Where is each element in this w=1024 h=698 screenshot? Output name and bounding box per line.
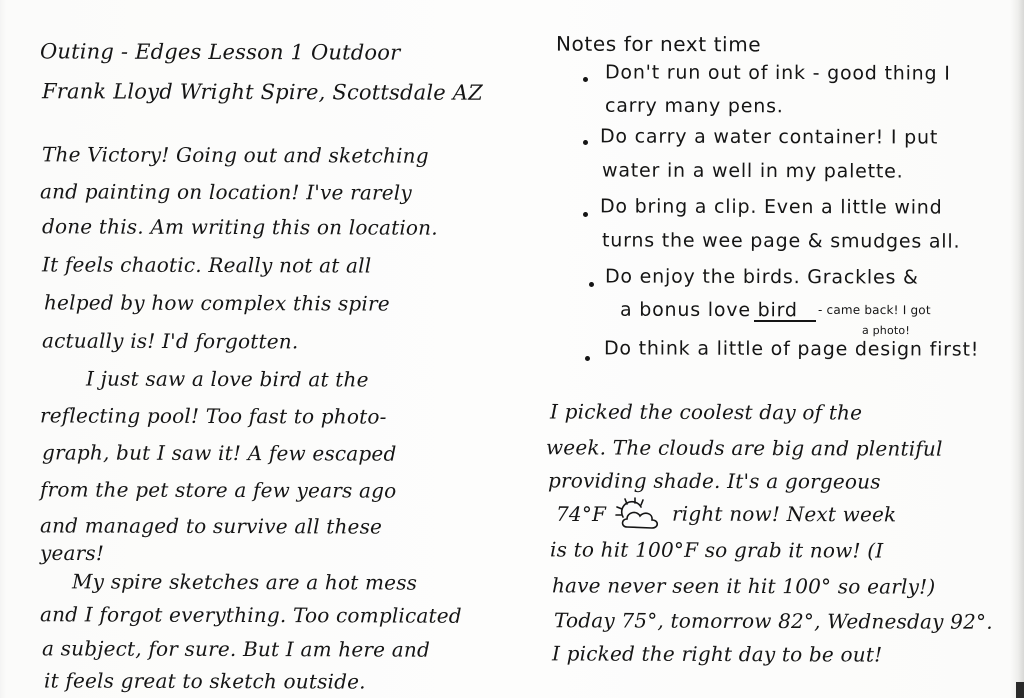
text-line: I picked the right day to be out! xyxy=(552,641,882,666)
text-line: right now! Next week xyxy=(672,502,896,527)
bullet-icon xyxy=(589,282,594,287)
note-line: a bonus love bird xyxy=(620,299,798,322)
note-line: Do think a little of page design first! xyxy=(604,337,979,360)
bullet-icon xyxy=(585,356,590,361)
text-line: done this. Am writing this on location. xyxy=(42,214,438,239)
text-line: actually is! I'd forgotten. xyxy=(42,329,299,354)
text-line: week. The clouds are big and plentiful xyxy=(546,435,943,460)
text-line: I picked the coolest day of the xyxy=(550,399,862,424)
journal-page-scan: Outing - Edges Lesson 1 Outdoor Frank Ll… xyxy=(0,0,1024,698)
text-line: from the pet store a few years ago xyxy=(40,477,396,502)
text-line: and I forgot everything. Too complicated xyxy=(40,602,462,627)
text-line: I just saw a love bird at the xyxy=(86,367,369,392)
text-line: is to hit 100°F so grab it now! (I xyxy=(550,537,883,562)
underline-mark xyxy=(754,320,816,322)
text-line: helped by how complex this spire xyxy=(44,290,390,315)
text-line: a subject, for sure. But I am here and xyxy=(42,636,430,661)
note-annotation: - came back! I got xyxy=(818,303,931,317)
text-line: reflecting pool! Too fast to photo- xyxy=(40,403,387,428)
note-line: Do carry a water container! I put xyxy=(600,125,938,148)
note-line: turns the wee page & smudges all. xyxy=(602,229,960,252)
text-line: have never seen it hit 100° so early!) xyxy=(552,573,935,598)
temperature-now: 74°F xyxy=(556,502,606,526)
note-line: Do bring a clip. Even a little wind xyxy=(600,195,943,218)
text-line: and managed to survive all these xyxy=(40,513,382,538)
notes-heading: Notes for next time xyxy=(556,32,761,57)
text-line: and painting on location! I've rarely xyxy=(40,179,412,204)
sun-behind-cloud-icon xyxy=(615,497,663,533)
text-line: It feels chaotic. Really not at all xyxy=(42,252,371,277)
scan-edge-mark xyxy=(1016,682,1024,698)
note-line: Don't run out of ink - good thing I xyxy=(605,61,951,84)
note-line: Do enjoy the birds. Grackles & xyxy=(605,265,919,288)
note-line: carry many pens. xyxy=(605,95,784,118)
text-line: Today 75°, tomorrow 82°, Wednesday 92°. xyxy=(554,608,993,634)
bullet-icon xyxy=(583,140,588,145)
entry-location: Frank Lloyd Wright Spire, Scottsdale AZ xyxy=(42,79,483,105)
text-line: providing shade. It's a gorgeous xyxy=(548,468,881,493)
text-line: graph, but I saw it! A few escaped xyxy=(42,440,397,465)
bullet-icon xyxy=(583,77,588,82)
note-annotation: a photo! xyxy=(862,324,910,337)
text-line: years! xyxy=(40,541,104,565)
text-line: The Victory! Going out and sketching xyxy=(42,142,429,167)
bullet-icon xyxy=(583,212,588,217)
text-line: My spire sketches are a hot mess xyxy=(72,569,417,594)
text-line: it feels great to sketch outside. xyxy=(44,668,366,693)
note-line: water in a well in my palette. xyxy=(602,159,904,182)
entry-title: Outing - Edges Lesson 1 Outdoor xyxy=(40,39,400,64)
